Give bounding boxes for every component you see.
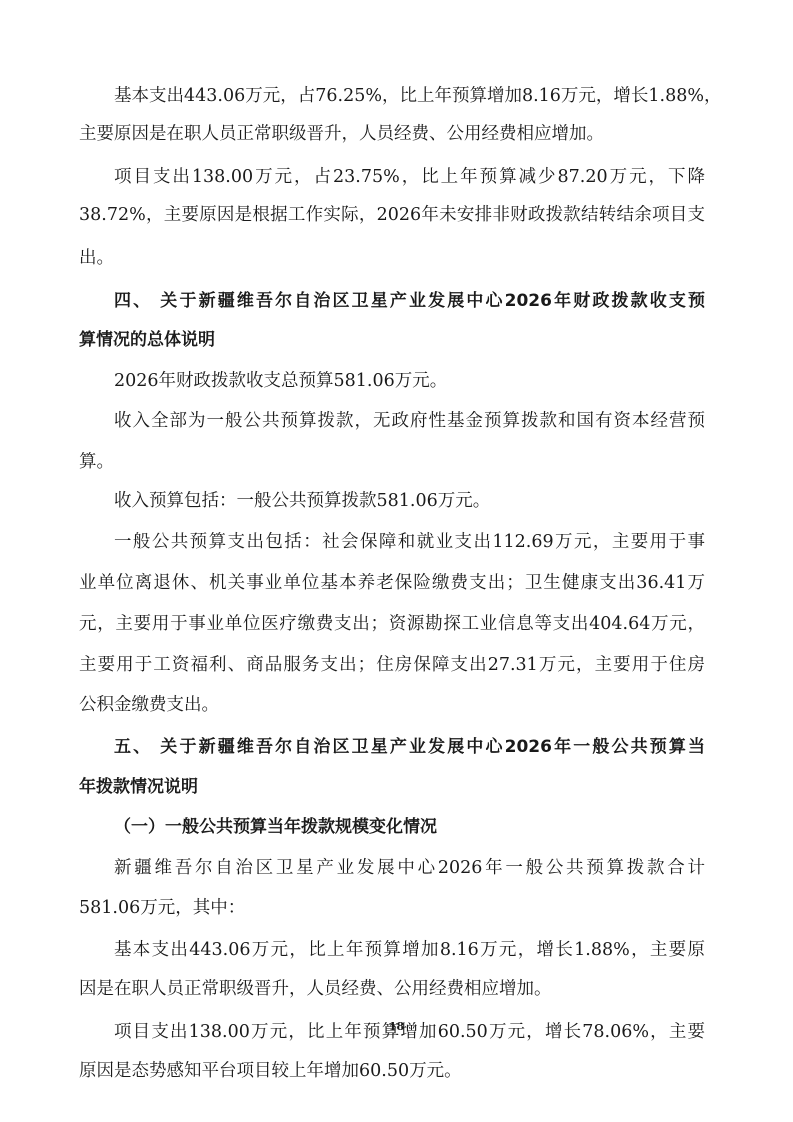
section-heading-line: 年拨款情况说明 <box>79 777 198 797</box>
paragraph-line: 基本支出443.06万元，占76.25%，比上年预算增加8.16万元，增长1.8… <box>114 86 705 106</box>
paragraph-line: 因是在职人员正常职级晋升，人员经费、公用经费相应增加。 <box>79 979 552 999</box>
page-number: 18 <box>0 1020 793 1033</box>
section-heading-line: （一）一般公共预算当年拨款规模变化情况 <box>114 817 437 837</box>
paragraph-line: 主要用于工资福利、商品服务支出；住房保障支出27.31万元，主要用于住房 <box>79 655 705 675</box>
paragraph-line: 新疆维吾尔自治区卫星产业发展中心2026年一般公共预算拨款合计 <box>114 858 705 878</box>
paragraph-line: 2026年财政拨款收支总预算581.06万元。 <box>114 371 447 391</box>
paragraph-line: 主要原因是在职人员正常职级晋升，人员经费、公用经费相应增加。 <box>79 124 604 144</box>
paragraph-line: 原因是态势感知平台项目较上年增加60.50万元。 <box>79 1061 462 1081</box>
paragraph-line: 基本支出443.06万元，比上年预算增加8.16万元，增长1.88%，主要原 <box>114 940 705 960</box>
section-heading-line: 五、 关于新疆维吾尔自治区卫星产业发展中心2026年一般公共预算当 <box>114 737 705 757</box>
section-heading-line: 算情况的总体说明 <box>79 330 215 350</box>
paragraph-line: 38.72%，主要原因是根据工作实际，2026年未安排非财政拨款结转结余项目支 <box>79 205 705 225</box>
paragraph-line: 元，主要用于事业单位医疗缴费支出；资源勘探工业信息等支出404.64万元， <box>79 614 705 634</box>
section-heading-line: 四、 关于新疆维吾尔自治区卫星产业发展中心2026年财政拨款收支预 <box>114 291 705 311</box>
paragraph-line: 公积金缴费支出。 <box>79 695 219 715</box>
paragraph-line: 出。 <box>79 248 114 268</box>
paragraph-line: 581.06万元，其中： <box>79 898 245 918</box>
paragraph-line: 一般公共预算支出包括：社会保障和就业支出112.69万元，主要用于事 <box>114 532 705 552</box>
paragraph-line: 算。 <box>79 452 114 472</box>
paragraph-line: 收入全部为一般公共预算拨款，无政府性基金预算拨款和国有资本经营预 <box>114 411 705 431</box>
paragraph-line: 项目支出138.00万元，占23.75%，比上年预算减少87.20万元，下降 <box>114 167 705 187</box>
paragraph-line: 业单位离退休、机关事业单位基本养老保险缴费支出；卫生健康支出36.41万 <box>79 573 705 593</box>
paragraph-line: 收入预算包括：一般公共预算拨款581.06万元。 <box>114 491 490 511</box>
